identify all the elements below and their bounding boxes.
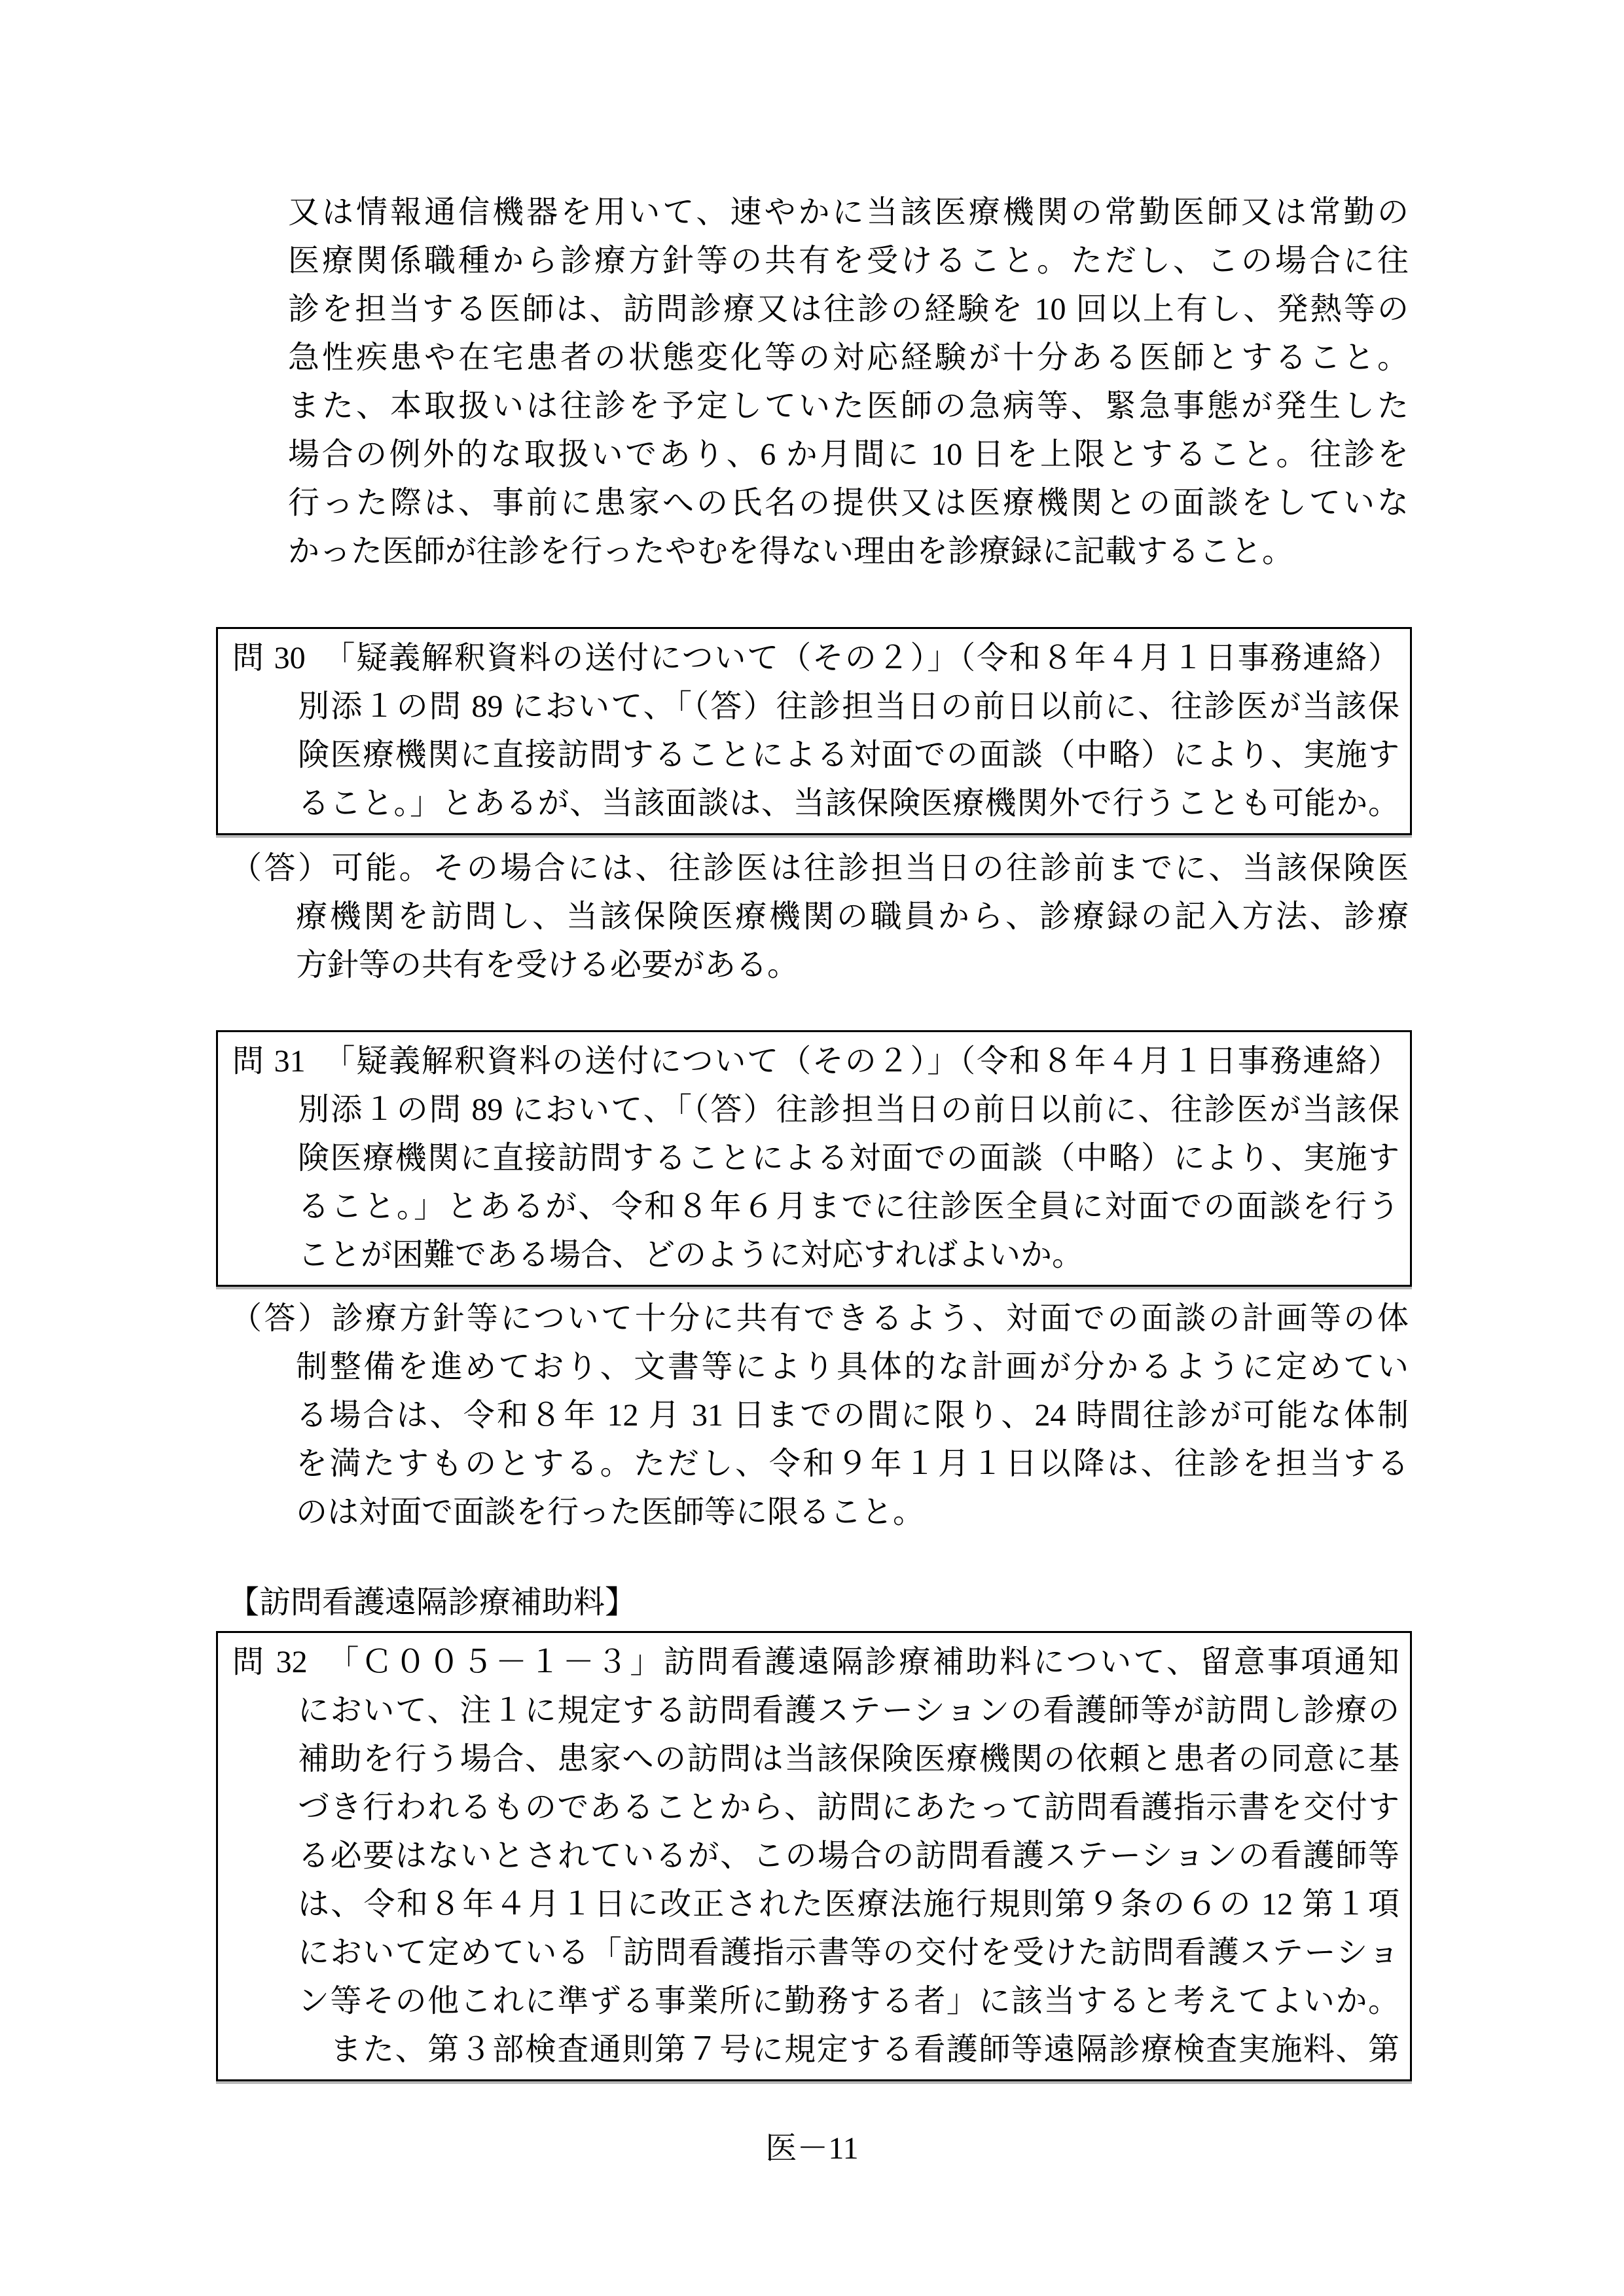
text-line: のは対面で面談を行った医師等に限ること。: [296, 1488, 1409, 1537]
intro-paragraph: 又は情報通信機器を用いて、速やかに当該医療機関の常勤医師又は常勤の医療関係職種か…: [288, 188, 1409, 576]
answer-31: （答）診療方針等について十分に共有できるよう、対面での面談の計画等の体制整備を進…: [230, 1295, 1409, 1537]
text-line: 行った際は、事前に患家への氏名の提供又は医療機関との面談をしていな: [288, 479, 1409, 528]
text-line: 急性疾患や在宅患者の状態変化等の対応経験が十分ある医師とすること。: [288, 334, 1409, 382]
text-line: かった医師が往診を行ったやむを得ない理由を診療録に記載すること。: [288, 528, 1409, 576]
text-line: また、第３部検査通則第７号に規定する看護師等遠隔診療検査実施料、第: [298, 2026, 1399, 2074]
text-line: ること。」とあるが、当該面談は、当該保険医療機関外で行うことも可能か。: [298, 780, 1399, 828]
section-heading: 【訪問看護遠隔診療補助料】: [228, 1579, 1624, 1627]
text-line: る必要はないとされているが、この場合の訪問看護ステーションの看護師等: [298, 1832, 1399, 1880]
text-line: また、本取扱いは往診を予定していた医師の急病等、緊急事態が発生した: [288, 382, 1409, 431]
footer-page-number: 医－11: [0, 2125, 1624, 2173]
text-line: 問 32 「Ｃ００５－１－３」訪問看護遠隔診療補助料について、留意事項通知: [232, 1638, 1399, 1687]
text-line: ること。」とあるが、令和８年６月までに往診医全員に対面での面談を行う: [298, 1183, 1399, 1231]
text-line: 又は情報通信機器を用いて、速やかに当該医療機関の常勤医師又は常勤の: [288, 188, 1409, 237]
text-line: において、注１に規定する訪問看護ステーションの看護師等が訪問し診療の: [298, 1687, 1399, 1735]
text-line: 補助を行う場合、患家への訪問は当該保険医療機関の依頼と患者の同意に基: [298, 1735, 1399, 1784]
text-line: において定めている「訪問看護指示書等の交付を受けた訪問看護ステーショ: [298, 1929, 1399, 1977]
text-line: 医療関係職種から診療方針等の共有を受けること。ただし、この場合に往: [288, 237, 1409, 285]
text-line: 診を担当する医師は、訪問診療又は往診の経験を 10 回以上有し、発熱等の: [288, 285, 1409, 334]
question-box-32: 問 32 「Ｃ００５－１－３」訪問看護遠隔診療補助料について、留意事項通知におい…: [216, 1631, 1412, 2081]
text-line: ことが困難である場合、どのように対応すればよいか。: [298, 1231, 1399, 1280]
text-line: 場合の例外的な取扱いであり、6 か月間に 10 日を上限とすること。往診を: [288, 431, 1409, 479]
text-line: 別添１の問 89 において、「（答）往診担当日の前日以前に、往診医が当該保: [298, 683, 1399, 731]
text-line: 療機関を訪問し、当該保険医療機関の職員から、診療録の記入方法、診療: [296, 893, 1409, 941]
text-line: を満たすものとする。ただし、令和９年１月１日以降は、往診を担当する: [296, 1440, 1409, 1488]
text-line: 別添１の問 89 において、「（答）往診担当日の前日以前に、往診医が当該保: [298, 1086, 1399, 1134]
question-box-30: 問 30 「疑義解釈資料の送付について（その２）」（令和８年４月１日事務連絡）別…: [216, 627, 1412, 835]
text-line: 問 31 「疑義解釈資料の送付について（その２）」（令和８年４月１日事務連絡）: [232, 1037, 1399, 1086]
text-line: ン等その他これに準ずる事業所に勤務する者」に該当すると考えてよいか。: [298, 1977, 1399, 2026]
text-line: 険医療機関に直接訪問することによる対面での面談（中略）により、実施す: [298, 731, 1399, 780]
text-line: 方針等の共有を受ける必要がある。: [296, 941, 1409, 990]
text-line: （答）診療方針等について十分に共有できるよう、対面での面談の計画等の体: [230, 1295, 1409, 1343]
question-box-31: 問 31 「疑義解釈資料の送付について（その２）」（令和８年４月１日事務連絡）別…: [216, 1030, 1412, 1287]
text-line: は、令和８年４月１日に改正された医療法施行規則第９条の６の 12 第１項: [298, 1880, 1399, 1929]
text-line: づき行われるものであることから、訪問にあたって訪問看護指示書を交付す: [298, 1784, 1399, 1832]
document-page: 又は情報通信機器を用いて、速やかに当該医療機関の常勤医師又は常勤の医療関係職種か…: [0, 0, 1624, 2296]
text-line: 制整備を進めており、文書等により具体的な計画が分かるように定めてい: [296, 1343, 1409, 1391]
answer-30: （答）可能。その場合には、往診医は往診担当日の往診前までに、当該保険医療機関を訪…: [230, 844, 1409, 990]
text-line: る場合は、令和８年 12 月 31 日までの間に限り、24 時間往診が可能な体制: [296, 1391, 1409, 1440]
text-line: （答）可能。その場合には、往診医は往診担当日の往診前までに、当該保険医: [230, 844, 1409, 893]
text-line: 険医療機関に直接訪問することによる対面での面談（中略）により、実施す: [298, 1134, 1399, 1183]
text-line: 問 30 「疑義解釈資料の送付について（その２）」（令和８年４月１日事務連絡）: [232, 634, 1399, 683]
